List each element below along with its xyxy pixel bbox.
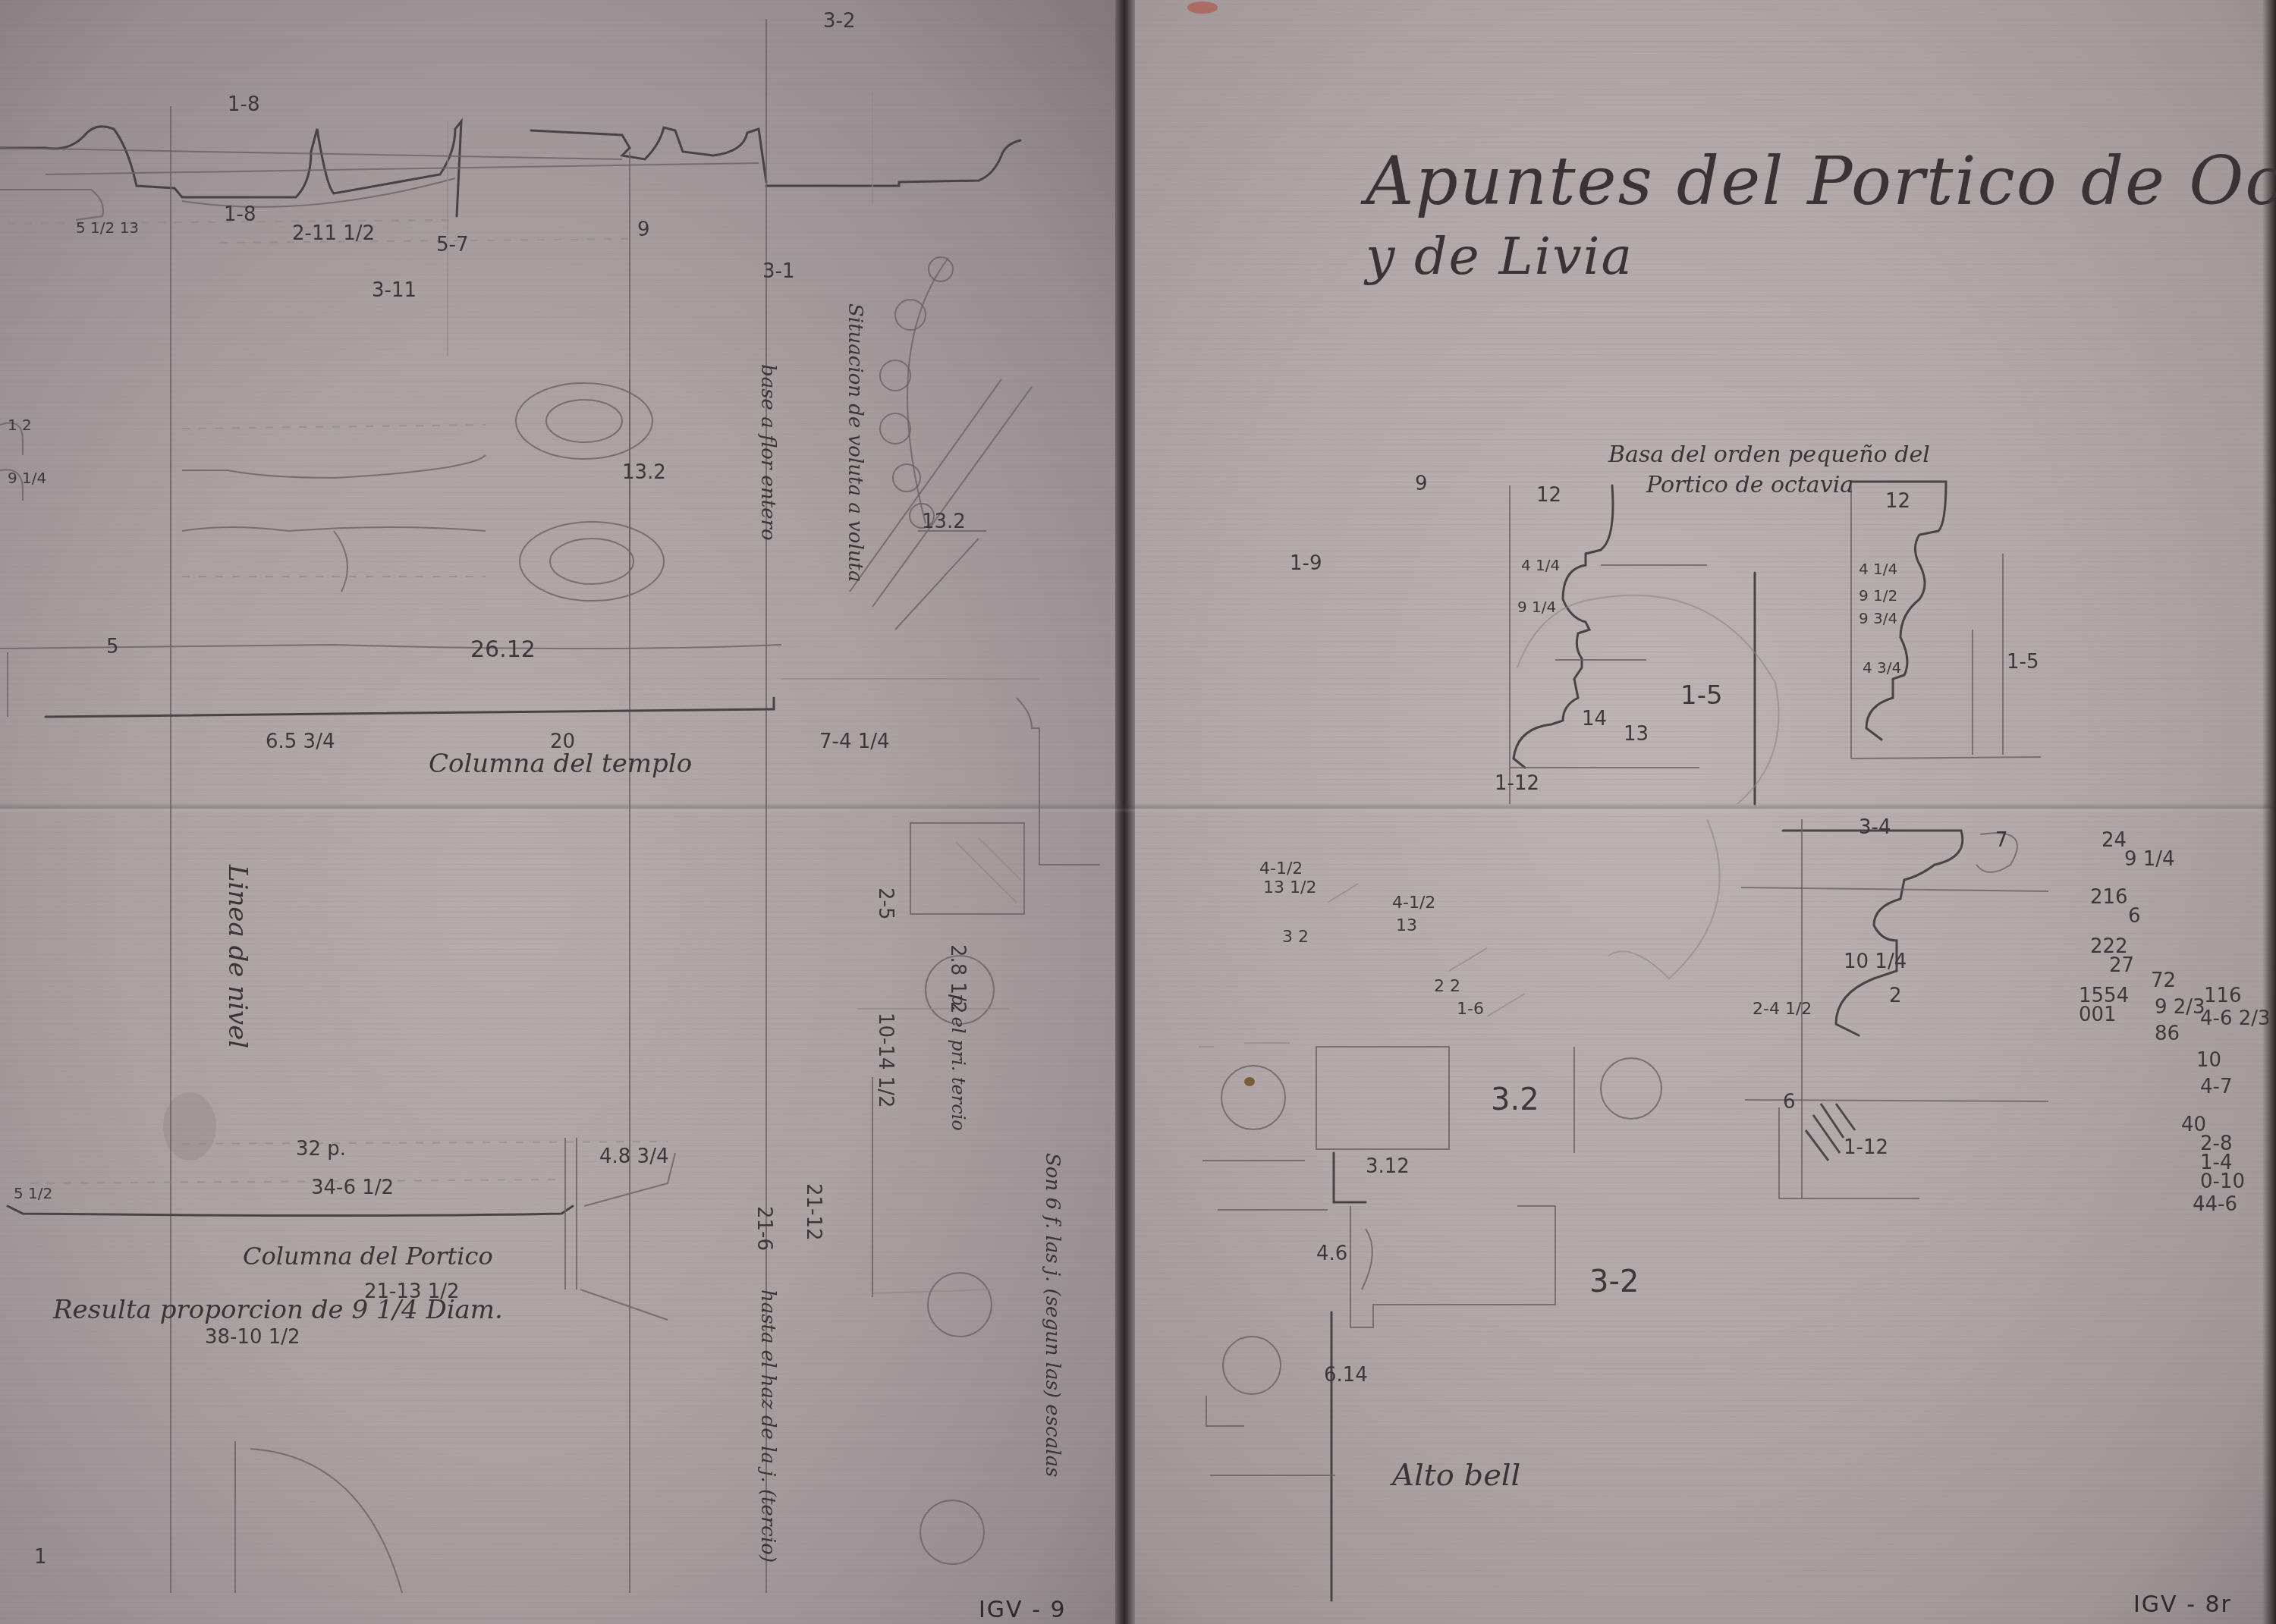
dim-label: 13	[1624, 724, 1649, 744]
margin-number: 1-9	[1290, 554, 1322, 573]
dim-label: 6.5 3/4	[266, 732, 335, 752]
calc-value: 9 2/3	[2155, 997, 2205, 1017]
calc-value: 216	[2090, 887, 2128, 907]
margin-number: 9	[1415, 474, 1428, 494]
diag-dim: 4-1/2	[1392, 895, 1435, 912]
dim-label: 21-6	[754, 1206, 774, 1251]
dim-label: 3-4	[1859, 818, 1891, 837]
volute-dim: 13.2	[922, 512, 966, 532]
dim-label: 5 1/2 13	[76, 220, 139, 235]
long-note-2: Son 6 f. las j. (segun las) escalas	[1042, 1153, 1062, 1477]
long-note: hasta el haz de la j. (tercio)	[758, 1289, 778, 1563]
dim-label: 1-8	[228, 95, 259, 115]
plan-dim: 3.12	[1366, 1157, 1410, 1176]
dim-label: 38-10 1/2	[205, 1327, 300, 1347]
dim-label: 9 1/4	[1517, 599, 1556, 614]
calc-value: 44-6	[2193, 1195, 2237, 1214]
dim-label: 34-6 1/2	[311, 1178, 394, 1198]
calc-value: 0-10	[2200, 1172, 2245, 1192]
vertical-note: base a flor entero	[758, 364, 778, 541]
dim-label: 7	[1995, 831, 2008, 850]
entablature-profile	[0, 19, 1020, 1593]
base-caption-2: Portico de octavia	[1646, 474, 1853, 497]
volute-note: Situacion de voluta a voluta	[845, 303, 865, 582]
dim-label: 13.2	[622, 463, 666, 482]
calc-value: 27	[2109, 956, 2134, 975]
capital-sketch	[0, 379, 664, 601]
dim-label: 12	[1885, 492, 1910, 511]
dim-label: 2-11 1/2	[292, 224, 375, 243]
calc-value: 9 1/4	[2124, 850, 2175, 869]
diag-dim: 1-6	[1457, 1001, 1484, 1018]
margin-dim: 1 2	[8, 417, 32, 432]
page-title: Apuntes del Portico de Octavia	[1366, 148, 2276, 215]
plan-dim: 6.14	[1324, 1365, 1368, 1385]
calc-value: 6	[2128, 906, 2141, 926]
portico-caption: Columna del Portico	[243, 1244, 493, 1268]
calc-value: 10	[2196, 1051, 2221, 1070]
dim-label: 3-1	[762, 262, 794, 281]
dim-label: 26.12	[470, 639, 536, 661]
page-title-line2: y de Livia	[1366, 231, 1633, 283]
diag-dim: 4-1/2	[1259, 861, 1303, 878]
cornice-line	[0, 645, 1100, 914]
dim-label: 3-2	[823, 11, 855, 31]
dim-label: 1-12	[1844, 1138, 1888, 1158]
calc-value: 72	[2151, 971, 2176, 991]
calc-value: 24	[2102, 831, 2127, 850]
diag-dim: 13 1/2	[1263, 880, 1316, 897]
volute-chain	[850, 257, 1032, 630]
base-caption: Basa del orden pequeño del	[1608, 444, 1930, 466]
calc-value: 116	[2204, 986, 2242, 1006]
plan-dim: 3.2	[1491, 1085, 1539, 1115]
dim-label: 5 1/2	[14, 1186, 52, 1201]
dim-label: 1-12	[1495, 774, 1539, 793]
dim-label: 21-12	[803, 1183, 823, 1241]
dim-label: 12	[1536, 485, 1561, 505]
dim-label: 4 1/4	[1859, 561, 1897, 576]
corner-mark: 1	[34, 1547, 47, 1567]
dim-label: 9	[637, 220, 650, 240]
dim-label: 14	[1582, 709, 1607, 729]
diag-dim: 13	[1396, 918, 1417, 935]
temple-caption: Columna del templo	[429, 751, 692, 777]
dim-label: 4.8 3/4	[599, 1147, 668, 1167]
proportion-note: Resulta proporcion de 9 1/4 Diam.	[53, 1297, 503, 1323]
diag-dim: 3 2	[1282, 929, 1309, 946]
shelfmark-left: IGV - 9	[979, 1597, 1067, 1623]
dim-label: 5	[106, 637, 119, 657]
shelfmark-right: IGV - 8r	[2133, 1591, 2232, 1618]
dim-label: 1-5	[2007, 652, 2039, 672]
plan-dim: 4.6	[1316, 1244, 1347, 1264]
dim-label: 2-4 1/2	[1753, 1001, 1812, 1018]
circle-note: p. el pri. tercio	[949, 994, 967, 1131]
dim-label: 9 1/2	[1859, 588, 1897, 603]
dim-label: 10 1/4	[1844, 952, 1907, 972]
dim-label: 9 3/4	[1859, 611, 1897, 626]
calc-value: 4-6 2/3	[2200, 1009, 2271, 1029]
dim-label: 10-14 1/2	[876, 1013, 895, 1108]
axis-label: Linea de nivel	[225, 865, 250, 1048]
dim-label: 32 p.	[296, 1139, 346, 1159]
dim-label: 1-5	[1680, 683, 1723, 708]
diag-dim: 2 2	[1434, 978, 1460, 995]
plan-label: Alto bell	[1392, 1460, 1520, 1490]
plan-dim: 3-2	[1589, 1267, 1639, 1297]
calc-value: 4-7	[2200, 1077, 2232, 1097]
dim-label: 2	[1889, 986, 1902, 1006]
dim-label: 4 3/4	[1863, 660, 1901, 675]
margin-dim: 9 1/4	[8, 470, 46, 485]
calc-value: 001	[2079, 1005, 2117, 1025]
dim-label: 7-4 1/4	[819, 732, 890, 752]
calc-value: 86	[2155, 1024, 2180, 1044]
portico-column	[8, 1138, 675, 1593]
dim-label: 5-7	[436, 235, 468, 255]
dim-label: 1-8	[224, 205, 256, 225]
floor-plan	[1199, 1043, 1661, 1600]
dim-label: 2-5	[876, 887, 895, 919]
dim-label: 6	[1783, 1092, 1796, 1112]
dim-label: 4 1/4	[1521, 558, 1560, 573]
dim-label: 3-11	[372, 281, 417, 300]
